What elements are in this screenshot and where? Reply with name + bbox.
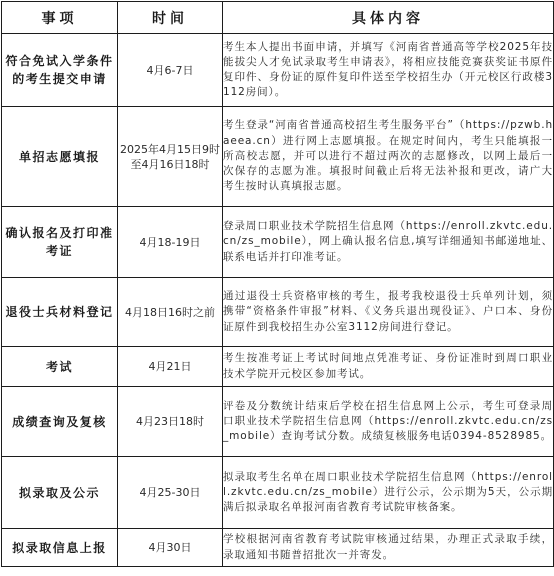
row-time: 4月18日16时之前	[118, 278, 223, 347]
table-row: 确认报名及打印准考证 4月18-19日 登录周口职业技术学院招生信息网（http…	[2, 207, 554, 278]
row-item: 确认报名及打印准考证	[2, 207, 118, 278]
row-item: 考试	[2, 347, 118, 387]
row-detail: 考生登录“河南省普通高校招生考生服务平台”（https://pzwb.haeea…	[223, 107, 554, 207]
table-row: 拟录取及公示 4月25-30日 拟录取考生名单在周口职业技术学院招生信息网（ht…	[2, 457, 554, 529]
table-row: 考试 4月21日 考生按准考证上考试时间地点凭准考证、身份证准时到周口职业技术学…	[2, 347, 554, 387]
row-detail: 评卷及分数统计结束后学校在招生信息网上公示，考生可登录周口职业技术学院招生信息网…	[223, 387, 554, 457]
row-time: 4月6-7日	[118, 34, 223, 107]
row-item: 拟录取信息上报	[2, 529, 118, 567]
table-row: 符合免试入学条件的考生提交申请 4月6-7日 考生本人提出书面申请，并填写《河南…	[2, 34, 554, 107]
table-row: 拟录取信息上报 4月30日 学校根据河南省教育考试院审核通过结果，办理正式录取手…	[2, 529, 554, 567]
row-time: 4月23日18时	[118, 387, 223, 457]
row-time: 2025年4月15日9时至4月16日18时	[118, 107, 223, 207]
table-row: 成绩查询及复核 4月23日18时 评卷及分数统计结束后学校在招生信息网上公示，考…	[2, 387, 554, 457]
table-row: 退役士兵材料登记 4月18日16时之前 通过退役士兵资格审核的考生，报考我校退役…	[2, 278, 554, 347]
header-detail: 具体内容	[223, 2, 554, 34]
row-time: 4月18-19日	[118, 207, 223, 278]
row-item: 拟录取及公示	[2, 457, 118, 529]
table-header-row: 事项 时间 具体内容	[2, 2, 554, 34]
header-item: 事项	[2, 2, 118, 34]
row-item: 符合免试入学条件的考生提交申请	[2, 34, 118, 107]
row-detail: 登录周口职业技术学院招生信息网（https://enroll.zkvtc.edu…	[223, 207, 554, 278]
table-row: 单招志愿填报 2025年4月15日9时至4月16日18时 考生登录“河南省普通高…	[2, 107, 554, 207]
row-detail: 学校根据河南省教育考试院审核通过结果，办理正式录取手续，录取通知书随普招批次一并…	[223, 529, 554, 567]
row-item: 单招志愿填报	[2, 107, 118, 207]
row-item: 成绩查询及复核	[2, 387, 118, 457]
row-time: 4月25-30日	[118, 457, 223, 529]
row-detail: 通过退役士兵资格审核的考生，报考我校退役士兵单列计划，须携带“资格条件审报”材料…	[223, 278, 554, 347]
header-time: 时间	[118, 2, 223, 34]
row-time: 4月21日	[118, 347, 223, 387]
row-detail: 考生本人提出书面申请，并填写《河南省普通高等学校2025年技能拔尖人才免试录取考…	[223, 34, 554, 107]
admission-schedule-table: 事项 时间 具体内容 符合免试入学条件的考生提交申请 4月6-7日 考生本人提出…	[1, 1, 554, 567]
row-detail: 拟录取考生名单在周口职业技术学院招生信息网（https://enroll.zkv…	[223, 457, 554, 529]
row-detail: 考生按准考证上考试时间地点凭准考证、身份证准时到周口职业技术学院开元校区参加考试…	[223, 347, 554, 387]
row-item: 退役士兵材料登记	[2, 278, 118, 347]
row-time: 4月30日	[118, 529, 223, 567]
